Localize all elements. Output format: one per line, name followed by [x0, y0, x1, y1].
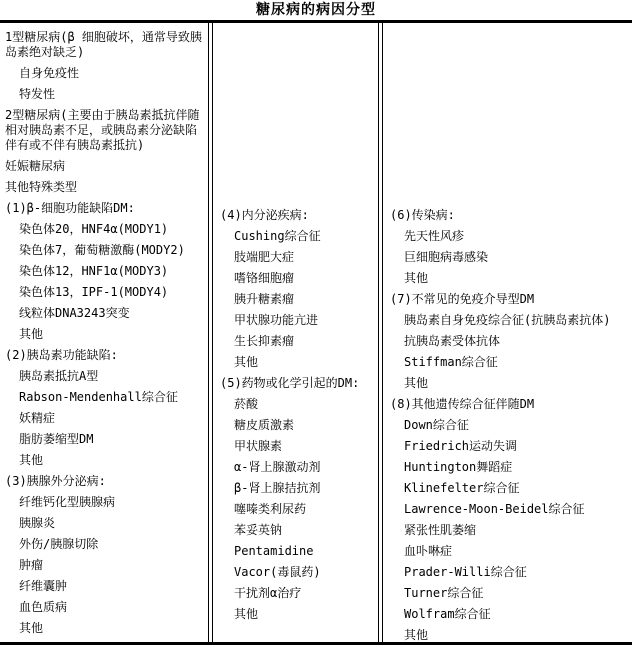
list-item: 噻嗪类利尿药	[220, 502, 376, 517]
list-item: β-肾上腺拮抗剂	[220, 481, 376, 496]
table-column-3: (6)传染病:先天性风疹巨细胞病毒感染其他(7)不常见的免疫介导型DM胰岛素自身…	[383, 23, 632, 642]
list-item: (4)内分泌疾病:	[220, 208, 376, 223]
list-item: 糖皮质激素	[220, 418, 376, 433]
list-item: 染色体12，HNF1α(MODY3)	[5, 264, 204, 279]
table-title: 糖尿病的病因分型	[0, 1, 632, 19]
list-item: Down综合征	[390, 418, 630, 433]
list-item: 其他特殊类型	[5, 180, 204, 195]
list-item: 脂肪萎缩型DM	[5, 432, 204, 447]
list-item: 紧张性肌萎缩	[390, 523, 630, 538]
list-item: 甲状腺素	[220, 439, 376, 454]
list-item: 1型糖尿病(β 细胞破坏，通常导致胰岛素绝对缺乏)	[5, 30, 204, 60]
list-item: 胰升糖素瘤	[220, 292, 376, 307]
list-item: 胰岛素抵抗A型	[5, 369, 204, 384]
list-item: Friedrich运动失调	[390, 439, 630, 454]
list-item: 特发性	[5, 87, 204, 102]
list-item: Rabson-Mendenhall综合征	[5, 390, 204, 405]
list-item: (2)胰岛素功能缺陷:	[5, 348, 204, 363]
list-item: 血卟啉症	[390, 544, 630, 559]
list-item: Pentamidine	[220, 544, 376, 559]
list-item: Huntington舞蹈症	[390, 460, 630, 475]
table-column-1: 1型糖尿病(β 细胞破坏，通常导致胰岛素绝对缺乏)自身免疫性特发性2型糖尿病(主…	[0, 23, 208, 642]
list-item: (1)β-细胞功能缺陷DM:	[5, 201, 204, 216]
list-item: 其他	[5, 453, 204, 468]
table-column-2: (4)内分泌疾病:Cushing综合征肢端肥大症嗜铬细胞瘤胰升糖素瘤甲状腺功能亢…	[213, 23, 378, 642]
list-item: 线粒体DNA3243突变	[5, 306, 204, 321]
list-item: 纤维钙化型胰腺病	[5, 495, 204, 510]
list-item: Stiffman综合征	[390, 355, 630, 370]
list-item: (6)传染病:	[390, 208, 630, 223]
list-item: Turner综合征	[390, 586, 630, 601]
table-body: 1型糖尿病(β 细胞破坏，通常导致胰岛素绝对缺乏)自身免疫性特发性2型糖尿病(主…	[0, 23, 632, 642]
list-item: (8)其他遗传综合征伴随DM	[390, 397, 630, 412]
list-item: 肿瘤	[5, 558, 204, 573]
list-item: Wolfram综合征	[390, 607, 630, 622]
list-item: 其他	[220, 607, 376, 622]
list-item: 胰腺炎	[5, 516, 204, 531]
list-item: 先天性风疹	[390, 229, 630, 244]
list-item: 巨细胞病毒感染	[390, 250, 630, 265]
list-item: 菸酸	[220, 397, 376, 412]
list-item: 染色体7，葡萄糖激酶(MODY2)	[5, 243, 204, 258]
list-item: 胰岛素自身免疫综合征(抗胰岛素抗体)	[390, 313, 630, 328]
list-item: Klinefelter综合征	[390, 481, 630, 496]
list-item: 妖精症	[5, 411, 204, 426]
list-item: 2型糖尿病(主要由于胰岛素抵抗伴随相对胰岛素不足，或胰岛素分泌缺陷伴有或不伴有胰…	[5, 108, 204, 153]
list-item: 外伤/胰腺切除	[5, 537, 204, 552]
bottom-rule	[0, 642, 632, 645]
list-item: 肢端肥大症	[220, 250, 376, 265]
list-item: 其他	[5, 621, 204, 636]
list-item: 其他	[390, 271, 630, 286]
list-item: 其他	[390, 376, 630, 391]
list-item: Cushing综合征	[220, 229, 376, 244]
list-item: 血色质病	[5, 600, 204, 615]
list-item: Vacor(毒鼠药)	[220, 565, 376, 580]
diabetes-etiology-table-page: 糖尿病的病因分型 1型糖尿病(β 细胞破坏，通常导致胰岛素绝对缺乏)自身免疫性特…	[0, 0, 632, 648]
list-item: 嗜铬细胞瘤	[220, 271, 376, 286]
list-item: (3)胰腺外分泌病:	[5, 474, 204, 489]
list-item: (7)不常见的免疫介导型DM	[390, 292, 630, 307]
list-item: 染色体13，IPF-1(MODY4)	[5, 285, 204, 300]
list-item: 其他	[5, 327, 204, 342]
list-item: 其他	[220, 355, 376, 370]
list-item: 纤维囊肿	[5, 579, 204, 594]
list-item: 干扰剂α治疗	[220, 586, 376, 601]
list-item: α-肾上腺激动剂	[220, 460, 376, 475]
list-item: 苯妥英钠	[220, 523, 376, 538]
list-item: Prader-Willi综合征	[390, 565, 630, 580]
list-item: 自身免疫性	[5, 66, 204, 81]
list-item: (5)药物或化学引起的DM:	[220, 376, 376, 391]
list-item: 妊娠糖尿病	[5, 159, 204, 174]
list-item: 甲状腺功能亢进	[220, 313, 376, 328]
list-item: Lawrence-Moon-Beidel综合征	[390, 502, 630, 517]
list-item: 其他	[390, 628, 630, 642]
list-item: 生长抑素瘤	[220, 334, 376, 349]
list-item: 染色体20，HNF4α(MODY1)	[5, 222, 204, 237]
list-item: 抗胰岛素受体抗体	[390, 334, 630, 349]
